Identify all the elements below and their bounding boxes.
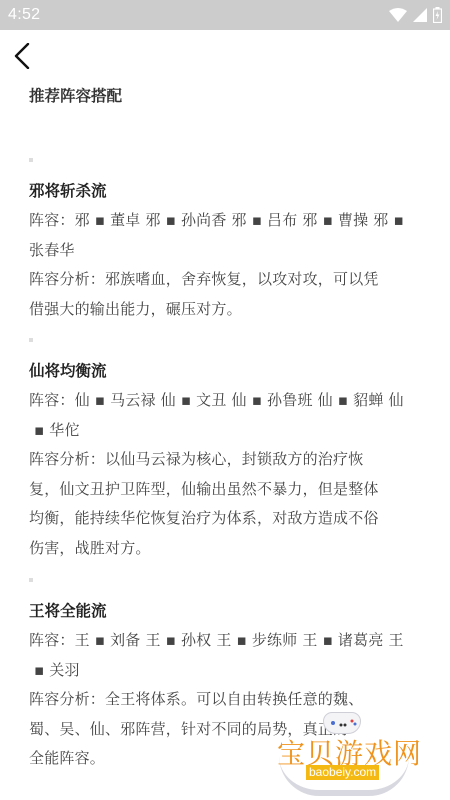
image-placeholder: [29, 158, 33, 162]
analysis-line: 蜀、吴、仙、邪阵营，针对不同的局势，真正的: [29, 715, 429, 745]
lineup-line: ▪ 华佗: [29, 416, 429, 446]
analysis-line: 借强大的输出能力，碾压对方。: [29, 295, 429, 325]
lineup-line: ▪ 关羽: [29, 656, 429, 686]
page-title: 推荐阵容搭配: [29, 84, 122, 106]
wifi-icon: [389, 8, 407, 22]
lineup-text: 阵容：邪 ▪ 董卓 邪 ▪ 孙尚香 邪 ▪ 吕布 邪 ▪ 曹操 邪 ▪ 张春华: [29, 206, 429, 265]
section-title: 王将全能流: [29, 596, 429, 626]
status-time: 4:52: [8, 6, 40, 24]
analysis-text: 阵容分析：以仙马云禄为核心，封锁敌方的治疗恢 复，仙文丑护卫阵型，仙输出虽然不暴…: [29, 445, 429, 563]
image-placeholder: [29, 578, 33, 582]
analysis-text: 阵容分析：全王将体系。可以自由转换任意的魏、 蜀、吴、仙、邪阵营，针对不同的局势…: [29, 685, 429, 774]
lineup-line: 阵容：王 ▪ 刘备 王 ▪ 孙权 王 ▪ 步练师 王 ▪ 诸葛亮 王: [29, 626, 429, 656]
section-title: 仙将均衡流: [29, 356, 429, 386]
section-wang: 王将全能流 阵容：王 ▪ 刘备 王 ▪ 孙权 王 ▪ 步练师 王 ▪ 诸葛亮 王…: [29, 578, 429, 774]
battery-charging-icon: [433, 7, 442, 23]
status-bar: 4:52: [0, 0, 450, 30]
app-bar: [0, 30, 450, 80]
signal-icon: [413, 8, 427, 22]
status-icons: [389, 7, 442, 23]
analysis-line: 伤害，战胜对方。: [29, 534, 429, 564]
analysis-line: 复，仙文丑护卫阵型，仙输出虽然不暴力，但是整体: [29, 475, 429, 505]
analysis-text: 阵容分析：邪族嗜血，舍弃恢复，以攻对攻，可以凭 借强大的输出能力，碾压对方。: [29, 265, 429, 324]
chevron-left-icon: [14, 43, 30, 69]
lineup-line: 阵容：仙 ▪ 马云禄 仙 ▪ 文丑 仙 ▪ 孙鲁班 仙 ▪ 貂蝉 仙: [29, 386, 429, 416]
section-xian: 仙将均衡流 阵容：仙 ▪ 马云禄 仙 ▪ 文丑 仙 ▪ 孙鲁班 仙 ▪ 貂蝉 仙…: [29, 338, 429, 563]
lineup-line: 张春华: [29, 236, 429, 266]
back-button[interactable]: [8, 38, 36, 74]
lineup-line: 阵容：邪 ▪ 董卓 邪 ▪ 孙尚香 邪 ▪ 吕布 邪 ▪ 曹操 邪 ▪: [29, 206, 429, 236]
lineup-text: 阵容：仙 ▪ 马云禄 仙 ▪ 文丑 仙 ▪ 孙鲁班 仙 ▪ 貂蝉 仙 ▪ 华佗: [29, 386, 429, 445]
analysis-line: 阵容分析：邪族嗜血，舍弃恢复，以攻对攻，可以凭: [29, 265, 429, 295]
section-xie: 邪将斩杀流 阵容：邪 ▪ 董卓 邪 ▪ 孙尚香 邪 ▪ 吕布 邪 ▪ 曹操 邪 …: [29, 158, 429, 324]
section-title: 邪将斩杀流: [29, 176, 429, 206]
analysis-line: 阵容分析：全王将体系。可以自由转换任意的魏、: [29, 685, 429, 715]
image-placeholder: [29, 338, 33, 342]
lineup-text: 阵容：王 ▪ 刘备 王 ▪ 孙权 王 ▪ 步练师 王 ▪ 诸葛亮 王 ▪ 关羽: [29, 626, 429, 685]
analysis-line: 均衡，能持续华佗恢复治疗为体系，对敌方造成不俗: [29, 504, 429, 534]
analysis-line: 全能阵容。: [29, 744, 429, 774]
analysis-line: 阵容分析：以仙马云禄为核心，封锁敌方的治疗恢: [29, 445, 429, 475]
